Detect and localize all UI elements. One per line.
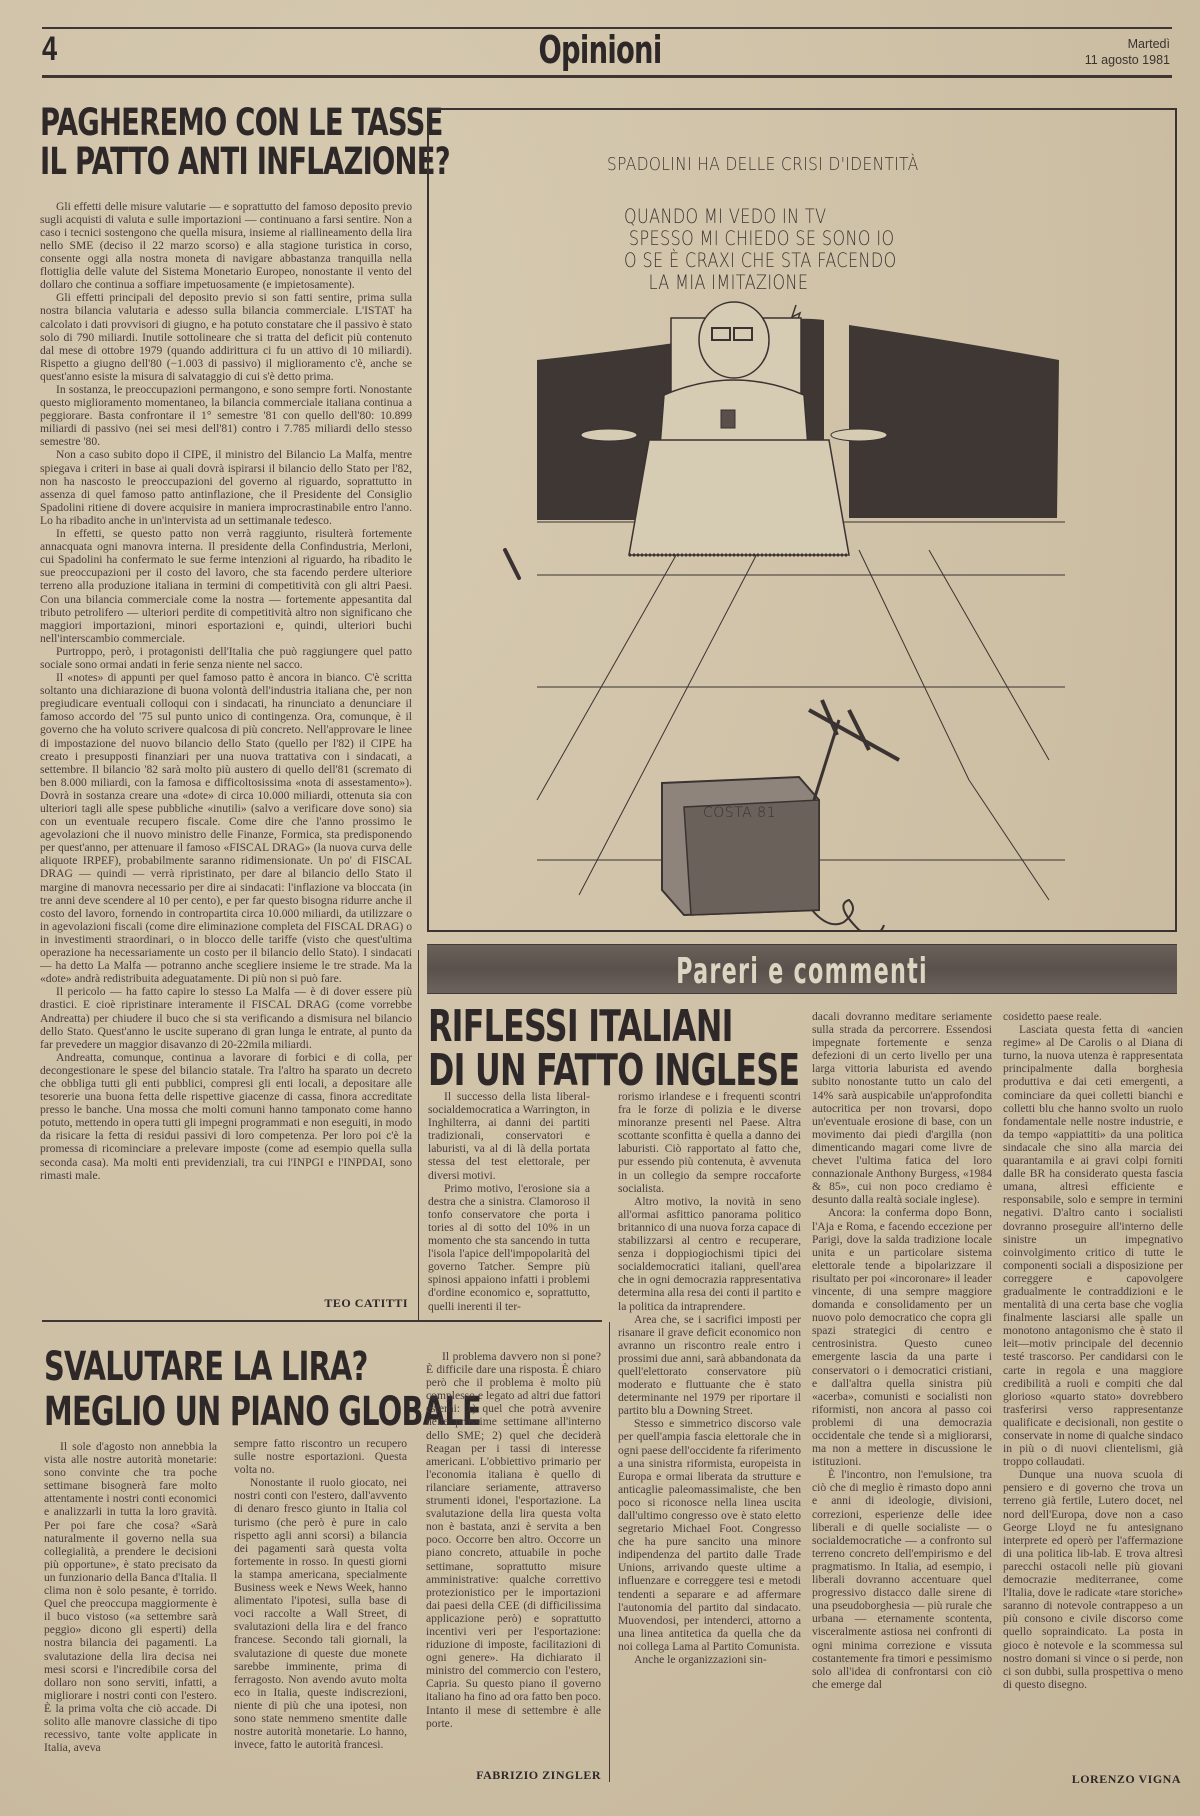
issue-date: Martedì 11 agosto 1981: [1085, 36, 1170, 68]
column-divider: [609, 1322, 610, 1782]
article2-col-4: cosidetto paese reale. Lasciata questa f…: [1003, 1010, 1183, 1691]
date: 11 agosto 1981: [1085, 52, 1170, 68]
byline: TEO CATITTI: [240, 1296, 408, 1311]
page-number: 4: [42, 30, 57, 69]
article-headline: PAGHEREMO CON LE TASSE IL PATTO ANTI INF…: [40, 104, 417, 182]
byline: FABRIZIO ZINGLER: [426, 1768, 601, 1783]
cartoon-signature: COSTA 81: [703, 805, 776, 821]
byline: LORENZO VIGNA: [1003, 1772, 1181, 1787]
article3-col-3: Il problema davvero non si pone? È diffi…: [426, 1350, 601, 1730]
masthead-bottom-rule: [42, 75, 1172, 78]
article-headline-svalutare: SVALUTARE LA LIRA? MEGLIO UN PIANO GLOBA…: [44, 1345, 481, 1435]
cartoon-drawing-icon: [429, 110, 1175, 930]
article3-col-2: sempre fatto riscontro un recupero sulle…: [234, 1437, 407, 1751]
section-divider: [42, 1320, 602, 1322]
article-patto-anti-inflazione: PAGHEREMO CON LE TASSE IL PATTO ANTI INF…: [40, 104, 415, 1182]
banner-label: Pareri e commenti: [570, 951, 1035, 992]
article2-col-1: Il successo della lista liberal-socialde…: [428, 1090, 590, 1313]
section-banner: Pareri e commenti: [427, 944, 1177, 994]
column-divider: [418, 950, 419, 1320]
article-headline-riflessi: RIFLESSI ITALIANI DI UN FATTO INGLESE: [428, 1005, 799, 1093]
article2-col-3: dacali dovranno meditare seriamente sull…: [812, 1010, 992, 1691]
section-title: Opinioni: [168, 28, 1032, 72]
editorial-cartoon: SPADOLINI HA DELLE CRISI D'IDENTITÀ QUAN…: [427, 108, 1177, 932]
article-body: Gli effetti delle misure valutarie — e s…: [40, 200, 412, 1182]
article3-col-1: Il sole d'agosto non annebbia la vista a…: [44, 1440, 217, 1754]
article2-col-2: rorismo irlandese e i frequenti scontri …: [618, 1090, 801, 1666]
weekday: Martedì: [1085, 36, 1170, 52]
